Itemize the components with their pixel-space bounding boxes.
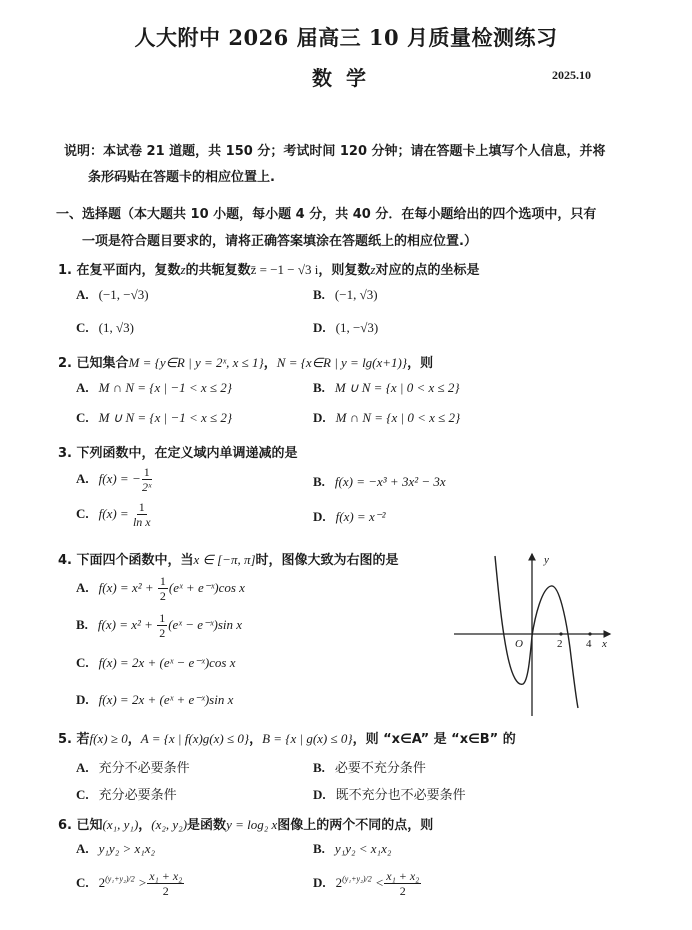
question-number: 1. xyxy=(58,263,72,278)
question-5-option-a[interactable]: A.充分不必要条件 xyxy=(76,757,190,776)
question-4-stem: 4. 下面四个函数中，当x ∈ [−π, π]时，图像大致为右图的是 xyxy=(58,549,399,568)
question-3-option-b[interactable]: B.f(x) = −x³ + 3x² − 3x xyxy=(313,474,446,490)
question-2-option-c[interactable]: C.M ∪ N = {x | −1 < x ≤ 2} xyxy=(76,410,232,426)
question-3-option-c[interactable]: C.f(x) = 1ln x xyxy=(76,501,152,528)
question-5-option-d[interactable]: D.既不充分也不必要条件 xyxy=(313,784,466,803)
question-5-option-b[interactable]: B.必要不充分条件 xyxy=(313,757,426,776)
exam-date: 2025.10 xyxy=(552,68,591,83)
question-1-option-a[interactable]: A.(−1, −√3) xyxy=(76,287,149,303)
question-6-option-c[interactable]: C.2(y₁+y₂)/2 >x₁ + x₂2 xyxy=(76,870,185,897)
question-4-option-a[interactable]: A.f(x) = x² + 12(eˣ + e⁻ˣ)cos x xyxy=(76,575,245,602)
question-number: 4. xyxy=(58,553,72,568)
question-2-option-b[interactable]: B.M ∪ N = {x | 0 < x ≤ 2} xyxy=(313,380,460,396)
function-graph-icon xyxy=(452,548,620,716)
question-3-option-d[interactable]: D.f(x) = x⁻² xyxy=(313,509,385,525)
exam-page: 人大附中 2026 届高三 10 月质量检测练习 数学 2025.10 说明：本… xyxy=(0,0,692,930)
question-1-option-c[interactable]: C.(1, √3) xyxy=(76,320,134,336)
x-axis-label: x xyxy=(602,638,607,650)
question-2-option-a[interactable]: A.M ∩ N = {x | −1 < x ≤ 2} xyxy=(76,380,232,396)
function-graph-figure: y x O 2 4 xyxy=(452,548,620,716)
question-1-stem: 1. 在复平面内，复数z的共轭复数z̄ = −1 − √3 i，则复数z对应的点… xyxy=(58,259,479,278)
x-tick-2: 2 xyxy=(557,638,563,650)
question-2-option-d[interactable]: D.M ∩ N = {x | 0 < x ≤ 2} xyxy=(313,410,460,426)
origin-label: O xyxy=(515,638,523,650)
question-4-option-c[interactable]: C.f(x) = 2x + (eˣ − e⁻ˣ)cos x xyxy=(76,655,236,671)
question-2-stem: 2. 已知集合M = {y∈R | y = 2ˣ, x ≤ 1}，N = {x∈… xyxy=(58,352,433,371)
section-heading-line-1: 一、选择题（本大题共 10 小题，每小题 4 分，共 40 分．在每小题给出的四… xyxy=(56,203,596,222)
question-3-option-a[interactable]: A.f(x) = −12ˣ xyxy=(76,466,153,493)
question-6-option-d[interactable]: D.2(y₁+y₂)/2 <x₁ + x₂2 xyxy=(313,870,422,897)
question-number: 5. xyxy=(58,732,72,747)
question-5-stem: 5. 若f(x) ≥ 0，A = {x | f(x)g(x) ≤ 0}，B = … xyxy=(58,728,516,747)
question-1-option-d[interactable]: D.(1, −√3) xyxy=(313,320,378,336)
exam-title: 人大附中 2026 届高三 10 月质量检测练习 xyxy=(0,22,692,52)
question-5-option-c[interactable]: C.充分必要条件 xyxy=(76,784,177,803)
question-1-option-b[interactable]: B.(−1, √3) xyxy=(313,287,378,303)
question-4-option-b[interactable]: B.f(x) = x² + 12(eˣ − e⁻ˣ)sin x xyxy=(76,612,242,639)
question-3-stem: 3. 下列函数中，在定义域内单调递减的是 xyxy=(58,442,298,461)
question-6-option-b[interactable]: B.y₁y₂ < x₁x₂ xyxy=(313,841,391,857)
y-axis-label: y xyxy=(544,554,549,566)
question-number: 3. xyxy=(58,446,72,461)
instructions-line-1: 说明：本试卷 21 道题，共 150 分；考试时间 120 分钟；请在答题卡上填… xyxy=(64,140,606,159)
question-4-option-d[interactable]: D.f(x) = 2x + (eˣ + e⁻ˣ)sin x xyxy=(76,692,233,708)
question-6-stem: 6. 已知(x₁, y₁)，(x₂, y₂)是函数y = log₂ x图像上的两… xyxy=(58,814,433,833)
question-number: 6. xyxy=(58,818,72,833)
x-tick-4: 4 xyxy=(586,638,592,650)
section-heading-line-2: 一项是符合题目要求的，请将正确答案填涂在答题纸上的相应位置.） xyxy=(82,230,477,249)
question-6-option-a[interactable]: A.y₁y₂ > x₁x₂ xyxy=(76,841,155,857)
question-number: 2. xyxy=(58,356,72,371)
instructions-line-2: 条形码贴在答题卡的相应位置上. xyxy=(88,166,275,185)
